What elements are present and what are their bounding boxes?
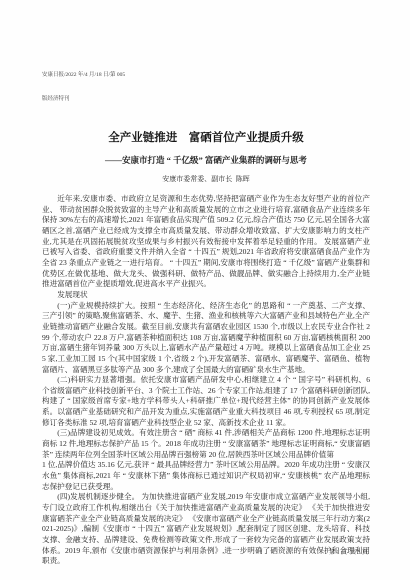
paragraph-industry-scale: (一)产业规模持续扩大。按照 “ 生态经济化、经济生态化” 的思路和 “ 一产奠…	[42, 301, 370, 376]
article-body: 近年来,安康市委、市政府立足资源和生态优势,坚持把富硒产业作为生态友好型产业的首…	[42, 194, 370, 567]
masthead-line2: 版经济特刊	[42, 95, 370, 103]
paragraph-development-mechanism: (四)发展机制逐步健全。 为加快推进富硒产业发展,2019 年安康市成立富硒产业…	[42, 492, 370, 567]
section-heading-development-status: 发展现状	[42, 290, 370, 301]
paragraph-intro: 近年来,安康市委、市政府立足资源和生态优势,坚持把富硒产业作为生态友好型产业的首…	[42, 194, 370, 290]
article-subtitle: ——安康市打造 “ 千亿级” 富硒产业集群的调研与思考	[42, 155, 370, 166]
paragraph-brand-building: (三)品牌建设初见成效。有效注册含 “ 硒” 商标 41 件,涉硒相关产品商标 …	[42, 428, 370, 492]
paragraph-research-strength: (二)科研实力显著增强。依托安康市富硒产品研发中心,相继建立 4 个 “ 国字号…	[42, 375, 370, 428]
masthead: 安康日报/2022 年/4 月/18 日/第 005 版经济特刊	[42, 55, 370, 119]
article-title: 全产业链推进 富硒首位产业提质升级	[42, 131, 370, 145]
article-author: 安康市委常委、副市长 陈晖	[42, 175, 370, 184]
document-page: 安康日报/2022 年/4 月/18 日/第 005 版经济特刊 全产业链推进 …	[0, 0, 410, 580]
masthead-line1: 安康日报/2022 年/4 月/18 日/第 005	[42, 71, 370, 79]
page-footer: 第 1 页 共 3 页	[329, 547, 368, 556]
